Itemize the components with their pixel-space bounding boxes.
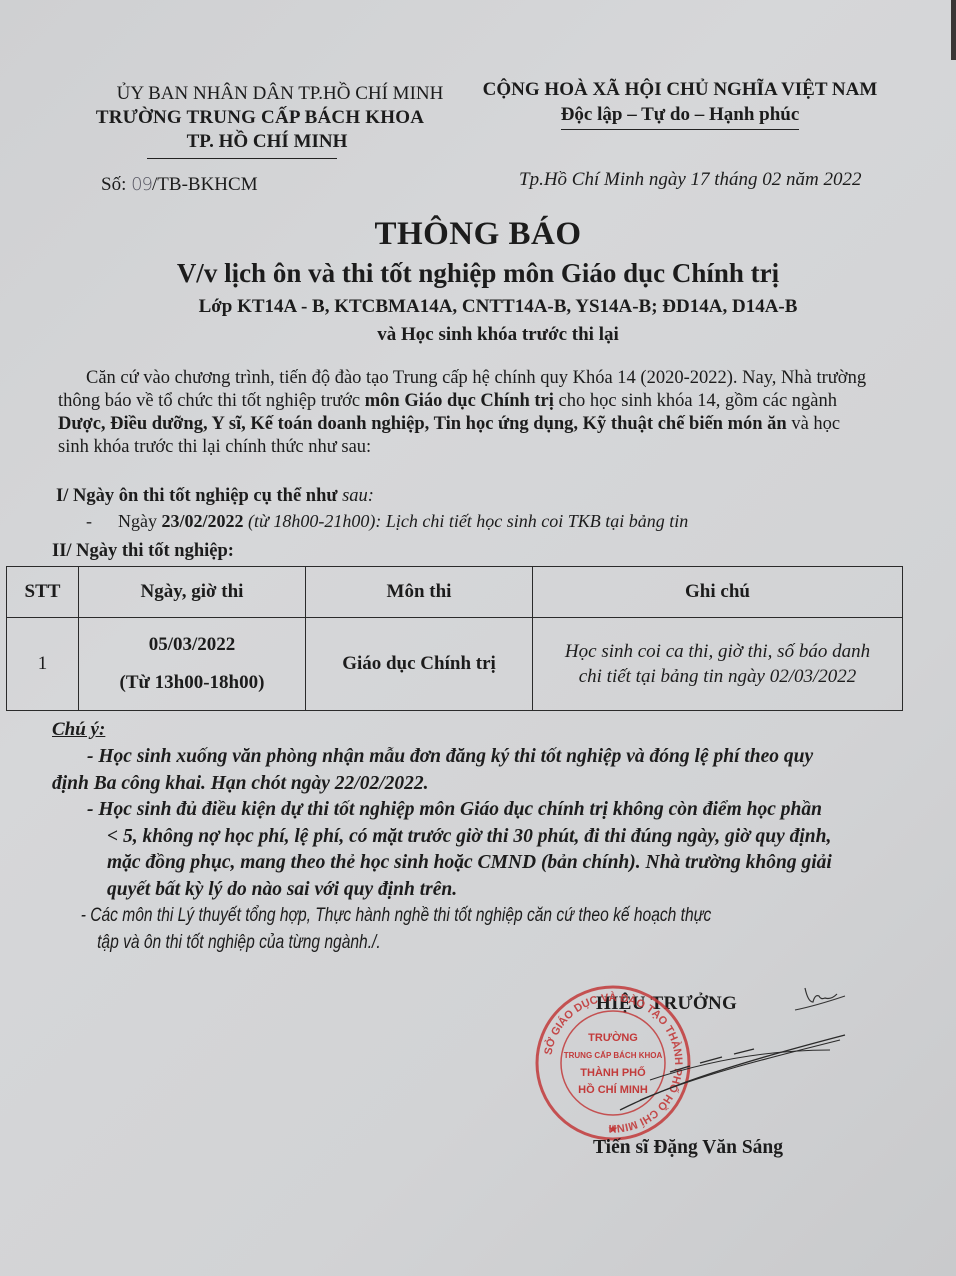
table-row: 1 05/03/2022 (Từ 13h00-18h00) Giáo dục C…: [7, 618, 903, 711]
item-prefix: Ngày: [118, 511, 162, 531]
note-line: - Học sinh đủ điều kiện dự thi tốt nghiệ…: [52, 797, 932, 824]
note-line: - Học sinh xuống văn phòng nhận mẫu đơn …: [52, 744, 932, 771]
national-header-block: CỘNG HOÀ XÃ HỘI CHỦ NGHĨA VIỆT NAM Độc l…: [470, 78, 890, 130]
review-date: 23/02/2022: [162, 511, 244, 531]
note-line: tập và ôn thi tốt nghiệp của từng ngành.…: [52, 930, 774, 957]
intro-line: Căn cứ vào chương trình, tiến độ đào tạo…: [58, 367, 928, 390]
doc-number-prefix: Số:: [101, 174, 126, 195]
heading-text-italic: sau:: [342, 486, 374, 506]
school-name: TRƯỜNG TRUNG CẤP BÁCH KHOA: [60, 106, 460, 130]
country-name: CỘNG HOÀ XÃ HỘI CHỦ NGHĨA VIỆT NAM: [470, 78, 890, 102]
intro-text: cho học sinh khóa 14, gồm các ngành: [554, 391, 837, 411]
cell-note: Học sinh coi ca thi, giờ thi, số báo dan…: [533, 618, 903, 711]
exam-time: (Từ 13h00-18h00): [79, 664, 305, 702]
review-detail: : Lịch chi tiết học sinh coi TKB tại bản…: [375, 511, 688, 531]
intro-line: thông báo về tổ chức thi tốt nghiệp trướ…: [58, 390, 928, 413]
exam-schedule-table: STT Ngày, giờ thi Môn thi Ghi chú 1 05/0…: [6, 566, 903, 711]
header-subject: Môn thi: [306, 567, 533, 618]
note-line: - Các môn thi Lý thuyết tổng hợp, Thực h…: [52, 903, 774, 930]
doc-number-suffix: /TB-BKHCM: [152, 174, 258, 195]
intro-text: thông báo về tổ chức thi tốt nghiệp trướ…: [58, 391, 365, 411]
header-date-time: Ngày, giờ thi: [79, 567, 306, 618]
notes-heading: Chú ý:: [52, 719, 105, 741]
section-review-heading: I/ Ngày ôn thi tốt nghiệp cụ thể như sau…: [56, 486, 374, 507]
target-classes: Lớp KT14A - B, KTCBMA14A, CNTT14A-B, YS1…: [0, 296, 956, 318]
document-title: THÔNG BÁO: [0, 216, 956, 253]
national-motto: Độc lập – Tự do – Hạnh phúc: [561, 102, 800, 130]
note-line: chi tiết tại bảng tin ngày 02/03/2022: [533, 664, 902, 689]
heading-text: I/ Ngày ôn thi tốt nghiệp cụ thể như: [56, 486, 342, 506]
header-left-divider: [147, 158, 337, 159]
cell-stt: 1: [7, 618, 79, 711]
notes-list: - Học sinh xuống văn phòng nhận mẫu đơn …: [52, 744, 932, 956]
note-line: < 5, không nợ học phí, lệ phí, có mặt tr…: [52, 824, 932, 851]
document-number: Số: 09/TB-BKHCM: [101, 174, 258, 196]
header-note: Ghi chú: [533, 567, 903, 618]
intro-text: và học: [787, 414, 840, 434]
exam-date: 05/03/2022: [79, 626, 305, 664]
school-city: TP. HỒ CHÍ MINH: [60, 130, 460, 154]
list-dash: -: [86, 511, 118, 532]
cell-date-time: 05/03/2022 (Từ 13h00-18h00): [79, 618, 306, 711]
intro-majors: Dược, Điều dưỡng, Y sĩ, Kế toán doanh ng…: [58, 414, 787, 434]
review-time: (từ 18h00-21h00): [244, 511, 376, 531]
handwritten-signature: [590, 980, 850, 1140]
intro-line: sinh khóa trước thi lại chính thức như s…: [58, 436, 928, 459]
table-header-row: STT Ngày, giờ thi Môn thi Ghi chú: [7, 567, 903, 618]
issuing-authority-block: ỦY BAN NHÂN DÂN TP.HỒ CHÍ MINH TRƯỜNG TR…: [60, 82, 460, 154]
note-line: mặc đồng phục, mang theo thẻ học sinh ho…: [52, 850, 932, 877]
intro-subject: môn Giáo dục Chính trị: [365, 391, 554, 411]
signer-name: Tiến sĩ Đặng Văn Sáng: [593, 1137, 783, 1159]
header-stt: STT: [7, 567, 79, 618]
review-schedule-item: -Ngày 23/02/2022 (từ 18h00-21h00): Lịch …: [86, 511, 688, 532]
note-line: định Ba công khai. Hạn chót ngày 22/02/2…: [52, 771, 932, 798]
page-edge-shadow: [951, 0, 956, 60]
note-line: quyết bất kỳ lý do nào sai với quy định …: [52, 877, 932, 904]
intro-line: Dược, Điều dưỡng, Y sĩ, Kế toán doanh ng…: [58, 413, 928, 436]
authority-name: ỦY BAN NHÂN DÂN TP.HỒ CHÍ MINH: [60, 82, 460, 106]
retake-students: và Học sinh khóa trước thi lại: [0, 324, 956, 346]
intro-paragraph: Căn cứ vào chương trình, tiến độ đào tạo…: [58, 367, 928, 459]
document-date: Tp.Hồ Chí Minh ngày 17 tháng 02 năm 2022: [519, 169, 862, 191]
section-exam-heading: II/ Ngày thi tốt nghiệp:: [52, 541, 234, 562]
note-line: Học sinh coi ca thi, giờ thi, số báo dan…: [533, 639, 902, 664]
document-subtitle: V/v lịch ôn và thi tốt nghiệp môn Giáo d…: [0, 258, 956, 289]
cell-subject: Giáo dục Chính trị: [306, 618, 533, 711]
doc-number-handwritten: 09: [131, 174, 152, 195]
